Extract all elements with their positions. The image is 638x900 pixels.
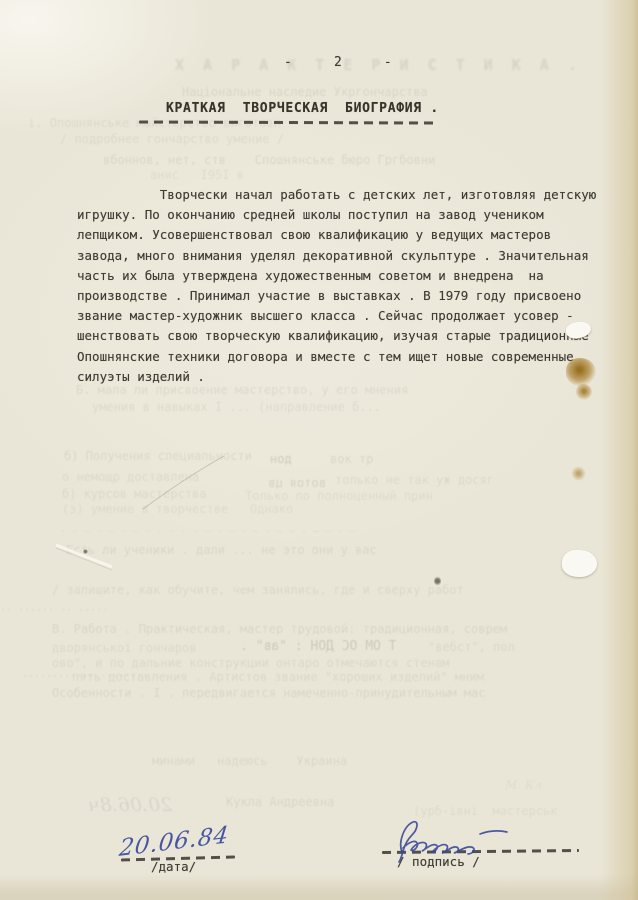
bleed-through-text: / подробнее гончарство умение / — [60, 132, 284, 146]
bleed-through-text: - — ― - — - ― — - — - — ― - — - — - ― — … — [60, 526, 355, 537]
bleed-through-text: анис І95І в — [150, 168, 244, 182]
paper-stain — [571, 466, 586, 481]
bleed-through-text: вотоя цв — [268, 476, 326, 490]
paragraph-line: звание мастер-художник высшего класса . … — [77, 306, 597, 326]
bleed-through-text: (з) умение в творчестве Однако — [62, 502, 293, 516]
bleed-through-text: Національне наследие Укргончарства — [182, 85, 428, 99]
bleed-through-text: М. Кл — [505, 778, 542, 792]
bleed-through-text: дон — [270, 452, 292, 466]
bleed-through-text: Кукла Андреевна — [226, 795, 334, 809]
paragraph-line: силуэты изделий . — [77, 367, 597, 387]
paragraph-line: шенствовать свою творческую квалификацию… — [77, 326, 597, 346]
bleed-through-text: вбоннов, нет, ств Спошнянське бюро Гргбо… — [103, 153, 435, 167]
bleed-through-text: "вебст", пол — [428, 640, 515, 654]
bleed-through-text: Только по полноценный прин — [245, 489, 433, 503]
bleed-through-text: ····················· — [22, 671, 148, 682]
bleed-through-text: 20.06.8ч — [88, 794, 172, 816]
paper-stain — [566, 358, 596, 386]
bleed-through-text: Т ОМ ОС ДОН : "ав" . — [240, 639, 397, 654]
biography-paragraph: Творчески начал работать с детских лет, … — [77, 185, 597, 387]
document-title: КРАТКАЯ ТВОРЧЕСКАЯ БИОГРАФИЯ . — [166, 101, 439, 116]
paragraph-line: лепщиком. Усовершенствовал свою квалифик… — [77, 225, 597, 245]
paragraph-line: производстве . Принимал участие в выстав… — [77, 286, 597, 306]
paper-stain — [434, 576, 441, 586]
bleed-through-text: минами надеюсь Украина — [152, 754, 347, 768]
bleed-through-text: / запишите, как обучите, чем занялись, г… — [52, 583, 464, 597]
bleed-through-text: о немощр доставлена — [62, 470, 199, 484]
bleed-through-text: ·· ······ ·· ····· — [0, 605, 108, 616]
paragraph-line: игрушку. По окончанию средней школы пост… — [77, 205, 597, 225]
bleed-through-text: ово", и по дальние конструкции онтаро от… — [52, 656, 449, 670]
bleed-through-text: б) курсов мастерства — [62, 487, 207, 501]
paper-stain — [83, 549, 88, 554]
paragraph-line: Творчески начал работать с детских лет, … — [77, 185, 597, 205]
date-caption: /дата/ — [151, 859, 196, 874]
paper-hole — [561, 549, 598, 579]
bleed-through-text: умения в навыках І ... (направление б... — [92, 400, 381, 414]
bleed-through-text: дворянської гончаров — [52, 641, 197, 655]
bleed-through-text: Есть ли ученики . дали ... не это они у … — [66, 543, 377, 557]
paper-stain — [576, 384, 592, 400]
paragraph-line: Опошнянские техники договора и вместе с … — [77, 347, 597, 367]
scanned-document-page: Х А Р А К Т Е Р И С Т И К А .Національне… — [0, 0, 638, 900]
handwritten-signature — [388, 808, 588, 868]
bleed-through-text: б) Получения специальности — [64, 449, 252, 463]
page-number: - 2 - — [284, 55, 392, 70]
paragraph-line: завода, много внимания уделял декоративн… — [77, 246, 597, 266]
bleed-through-text: только не так уж досяг — [335, 473, 494, 487]
bleed-through-text: В. Работа . Практическая, мастер трудово… — [52, 622, 507, 636]
bleed-through-text: вок тр — [330, 452, 373, 466]
bleed-through-text: Особенности . І . передвигается намеченн… — [52, 686, 485, 700]
paragraph-line: часть их была утверждена художественным … — [77, 266, 597, 286]
